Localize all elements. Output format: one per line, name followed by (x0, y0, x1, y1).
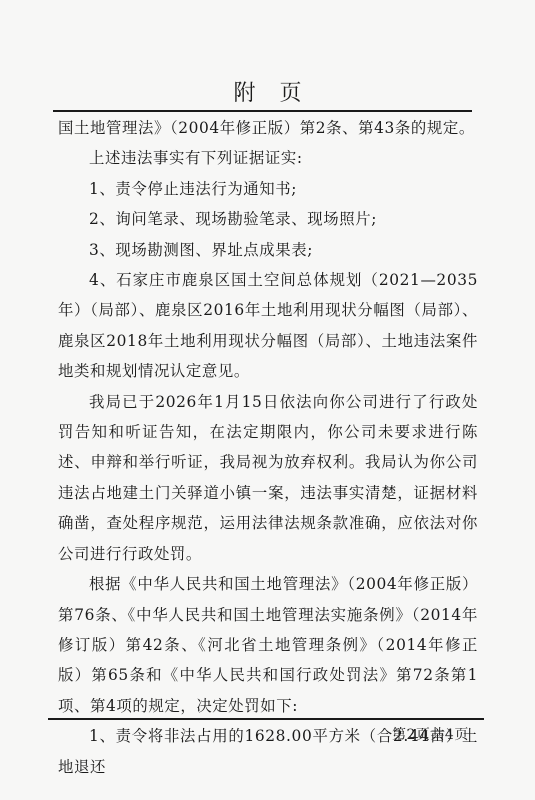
document-body: 国土地管理法》（2004年修正版）第2条、第43条的规定。 上述违法事实有下列证… (58, 113, 478, 782)
evidence-item-3: 3、现场勘测图、界址点成果表; (58, 235, 478, 265)
evidence-item-2: 2、询问笔录、现场勘验笔录、现场照片; (58, 204, 478, 234)
paragraph-law-reference: 国土地管理法》（2004年修正版）第2条、第43条的规定。 (58, 113, 478, 143)
evidence-item-1: 1、责令停止违法行为通知书; (58, 174, 478, 204)
evidence-item-4: 4、石家庄市鹿泉区国土空间总体规划（2021—2035年）（局部）、鹿泉区201… (58, 265, 478, 387)
document-page: 附页 国土地管理法》（2004年修正版）第2条、第43条的规定。 上述违法事实有… (0, 0, 535, 800)
header-divider (53, 110, 472, 112)
paragraph-notice: 我局已于2026年1月15日依法向你公司进行了行政处罚告知和听证告知，在法定期限… (58, 387, 478, 569)
page-number: 第2页共4页 (392, 724, 469, 744)
page-title: 附页 (0, 80, 535, 108)
paragraph-legal-basis: 根据《中华人民共和国土地管理法》（2004年修正版）第76条、《中华人民共和国土… (58, 569, 478, 721)
paragraph-evidence-intro: 上述违法事实有下列证据证实: (58, 143, 478, 173)
footer-divider (48, 718, 484, 720)
